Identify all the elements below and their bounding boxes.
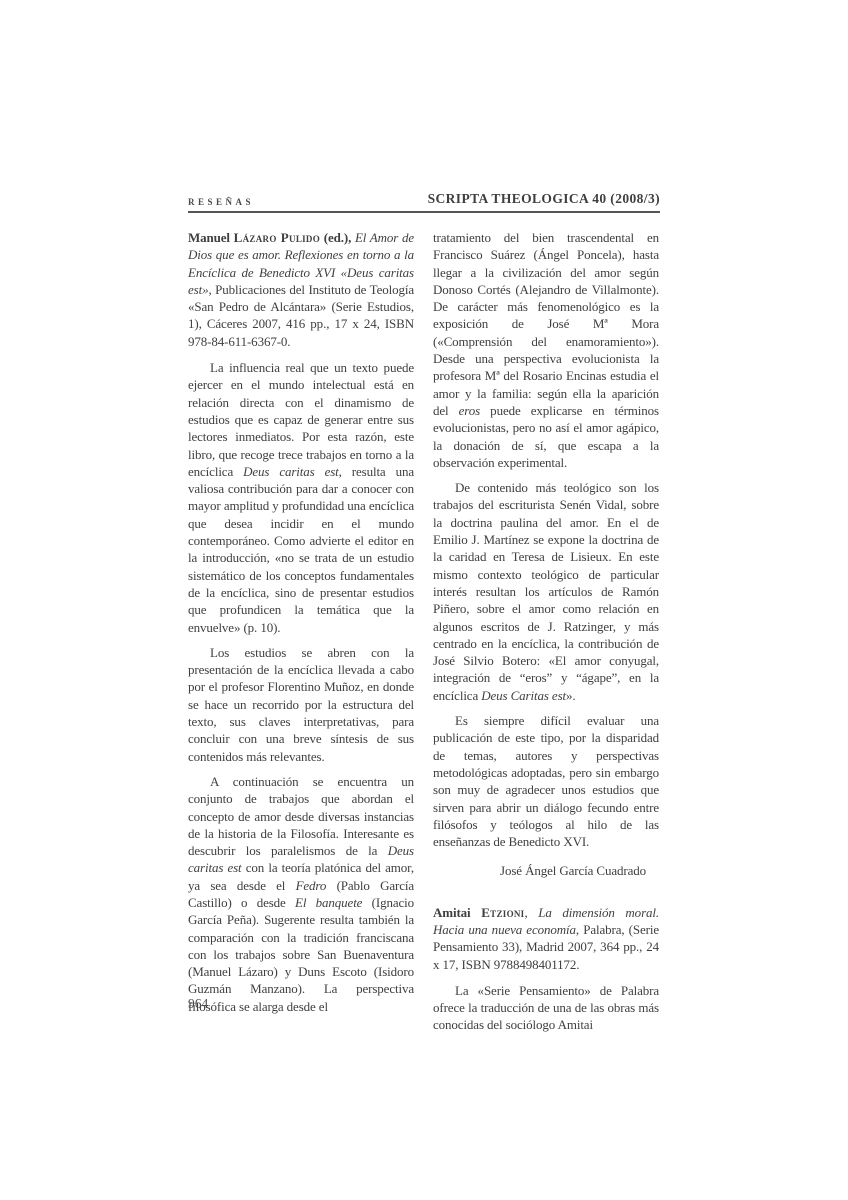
- right-column: tratamiento del bien trascendental en Fr…: [433, 229, 659, 1034]
- text-run: Fedro: [296, 878, 327, 893]
- text-run: eros: [459, 403, 480, 418]
- body-paragraph: De contenido más teológico son los traba…: [433, 479, 659, 704]
- text-run: (Ignacio García Peña). Sugerente resulta…: [188, 895, 414, 1014]
- text-run: La influencia real que un texto puede ej…: [188, 360, 414, 479]
- text-run: Los estudios se abren con la presentació…: [188, 645, 414, 764]
- text-run: Es siempre difícil evaluar una publicaci…: [433, 713, 659, 849]
- body-paragraph: La influencia real que un texto puede ej…: [188, 359, 414, 636]
- text-run: El banquete: [295, 895, 362, 910]
- book-citation: Manuel Lázaro Pulido (ed.), El Amor de D…: [188, 229, 414, 350]
- reviewer-signature: José Ángel García Cuadrado: [433, 862, 659, 879]
- text-run: Deus Caritas est: [481, 688, 566, 703]
- text-run: José Ángel García Cuadrado: [500, 863, 646, 878]
- running-head: RESEÑAS SCRIPTA THEOLOGICA 40 (2008/3): [188, 191, 660, 213]
- text-run: , Publicaciones del Instituto de Teologí…: [188, 282, 414, 349]
- text-run: Manuel: [188, 230, 234, 245]
- book-citation: Amitai Etzioni, La dimensión moral. Haci…: [433, 904, 659, 973]
- journal-page: RESEÑAS SCRIPTA THEOLOGICA 40 (2008/3) M…: [0, 0, 848, 1200]
- body-paragraph-continuation: tratamiento del bien trascendental en Fr…: [433, 229, 659, 471]
- text-run: , resulta una valiosa contribución para …: [188, 464, 414, 635]
- text-run: Lázaro Pulido: [234, 230, 320, 245]
- text-run: A continuación se encuentra un conjunto …: [188, 774, 414, 858]
- text-run: Etzioni: [481, 905, 524, 920]
- journal-title: SCRIPTA THEOLOGICA 40 (2008/3): [428, 191, 660, 207]
- body-paragraph: La «Serie Pensamiento» de Palabra ofrece…: [433, 982, 659, 1034]
- body-paragraph: Los estudios se abren con la presentació…: [188, 644, 414, 765]
- text-run: La «Serie Pensamiento» de Palabra ofrece…: [433, 983, 659, 1033]
- text-run: ».: [566, 688, 576, 703]
- page-number: 964: [188, 996, 208, 1012]
- text-run: De contenido más teológico son los traba…: [433, 480, 659, 703]
- body-paragraph: Es siempre difícil evaluar una publicaci…: [433, 712, 659, 850]
- text-run: tratamiento del bien trascendental en Fr…: [433, 230, 659, 418]
- section-title: RESEÑAS: [188, 197, 254, 207]
- left-column: Manuel Lázaro Pulido (ed.), El Amor de D…: [188, 229, 414, 1034]
- body-paragraph: A continuación se encuentra un conjunto …: [188, 773, 414, 1015]
- text-run: ,: [525, 905, 539, 920]
- text-run: (ed.),: [320, 230, 355, 245]
- two-column-body: Manuel Lázaro Pulido (ed.), El Amor de D…: [188, 229, 660, 1034]
- text-run: Deus caritas est: [243, 464, 339, 479]
- text-run: Amitai: [433, 905, 481, 920]
